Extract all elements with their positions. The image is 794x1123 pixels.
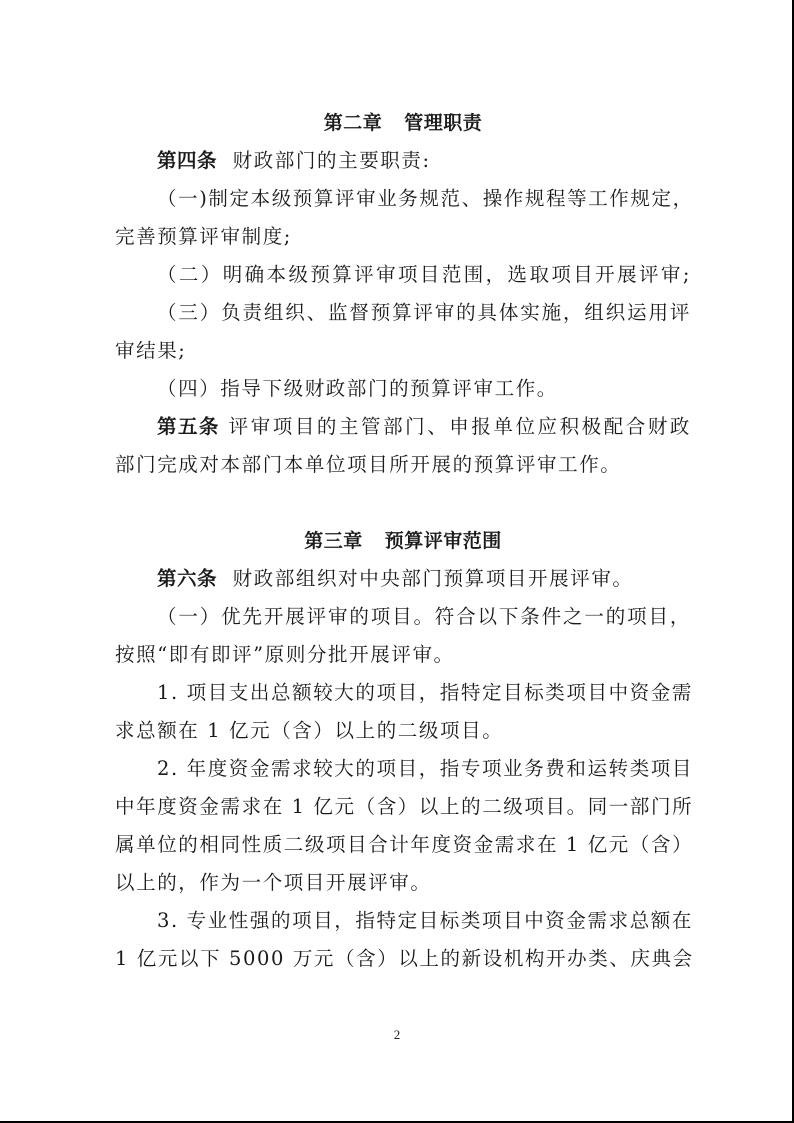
article-6-point-2-line-2: 中年度资金需求在 1 亿元（含）以上的二级项目。同一部门所 xyxy=(115,788,691,826)
article-4-item-1-line-1: （一)制定本级预算评审业务规范、操作规程等工作规定， xyxy=(115,180,691,218)
article-4-item-2: （二）明确本级预算评审项目范围，选取项目开展评审; xyxy=(115,256,691,294)
chapter-heading: 第二章管理职责 xyxy=(115,104,691,142)
article-text: 财政部组织对中央部门预算项目开展评审。 xyxy=(233,567,634,590)
page-number: 2 xyxy=(0,1027,794,1043)
article-label: 第六条 xyxy=(157,567,217,590)
article-label: 第四条 xyxy=(157,149,217,172)
chapter-heading: 第三章预算评审范围 xyxy=(115,522,691,560)
article-4-item-3-line-2: 审结果; xyxy=(115,332,691,370)
article-6-point-2-line-1: 2. 年度资金需求较大的项目，指专项业务费和运转类项目 xyxy=(115,750,691,788)
article-6-point-2-line-4: 以上的，作为一个项目开展评审。 xyxy=(115,864,691,902)
article-label: 第五条 xyxy=(157,415,220,438)
article-6-section-1-line-1: （一）优先开展评审的项目。符合以下条件之一的项目， xyxy=(115,598,691,636)
article-4-item-1-line-2: 完善预算评审制度; xyxy=(115,218,691,256)
article-6-section-1-line-2: 按照“即有即评”原则分批开展评审。 xyxy=(115,636,691,674)
article-4-heading: 第四条 财政部门的主要职责: xyxy=(115,142,691,180)
document-body: 第二章管理职责 第四条 财政部门的主要职责: （一)制定本级预算评审业务规范、操… xyxy=(115,104,691,978)
article-text: 财政部门的主要职责: xyxy=(233,149,431,172)
chapter-title: 管理职责 xyxy=(404,112,482,134)
chapter-number: 第三章 xyxy=(304,530,363,552)
article-text: 评审项目的主管部门、申报单位应积极配合财政 xyxy=(229,415,691,438)
chapter-title: 预算评审范围 xyxy=(385,530,502,552)
article-6-point-1-line-2: 求总额在 1 亿元（含）以上的二级项目。 xyxy=(115,712,691,750)
article-4-item-4: （四）指导下级财政部门的预算评审工作。 xyxy=(115,370,691,408)
article-6-point-1-line-1: 1. 项目支出总额较大的项目，指特定目标类项目中资金需 xyxy=(115,674,691,712)
chapter-number: 第二章 xyxy=(324,112,383,134)
article-6-point-2-line-3: 属单位的相同性质二级项目合计年度资金需求在 1 亿元（含） xyxy=(115,826,691,864)
article-6-heading: 第六条 财政部组织对中央部门预算项目开展评审。 xyxy=(115,560,691,598)
article-6-point-3-line-2: 1 亿元以下 5000 万元（含）以上的新设机构开办类、庆典会 xyxy=(115,940,691,978)
article-5-line-2: 部门完成对本部门本单位项目所开展的预算评审工作。 xyxy=(115,446,691,484)
document-page: 第二章管理职责 第四条 财政部门的主要职责: （一)制定本级预算评审业务规范、操… xyxy=(0,0,794,1123)
article-6-point-3-line-1: 3. 专业性强的项目，指特定目标类项目中资金需求总额在 xyxy=(115,902,691,940)
article-5-line-1: 第五条 评审项目的主管部门、申报单位应积极配合财政 xyxy=(115,408,691,446)
section-spacer xyxy=(115,484,691,522)
article-4-item-3-line-1: （三）负责组织、监督预算评审的具体实施，组织运用评 xyxy=(115,294,691,332)
